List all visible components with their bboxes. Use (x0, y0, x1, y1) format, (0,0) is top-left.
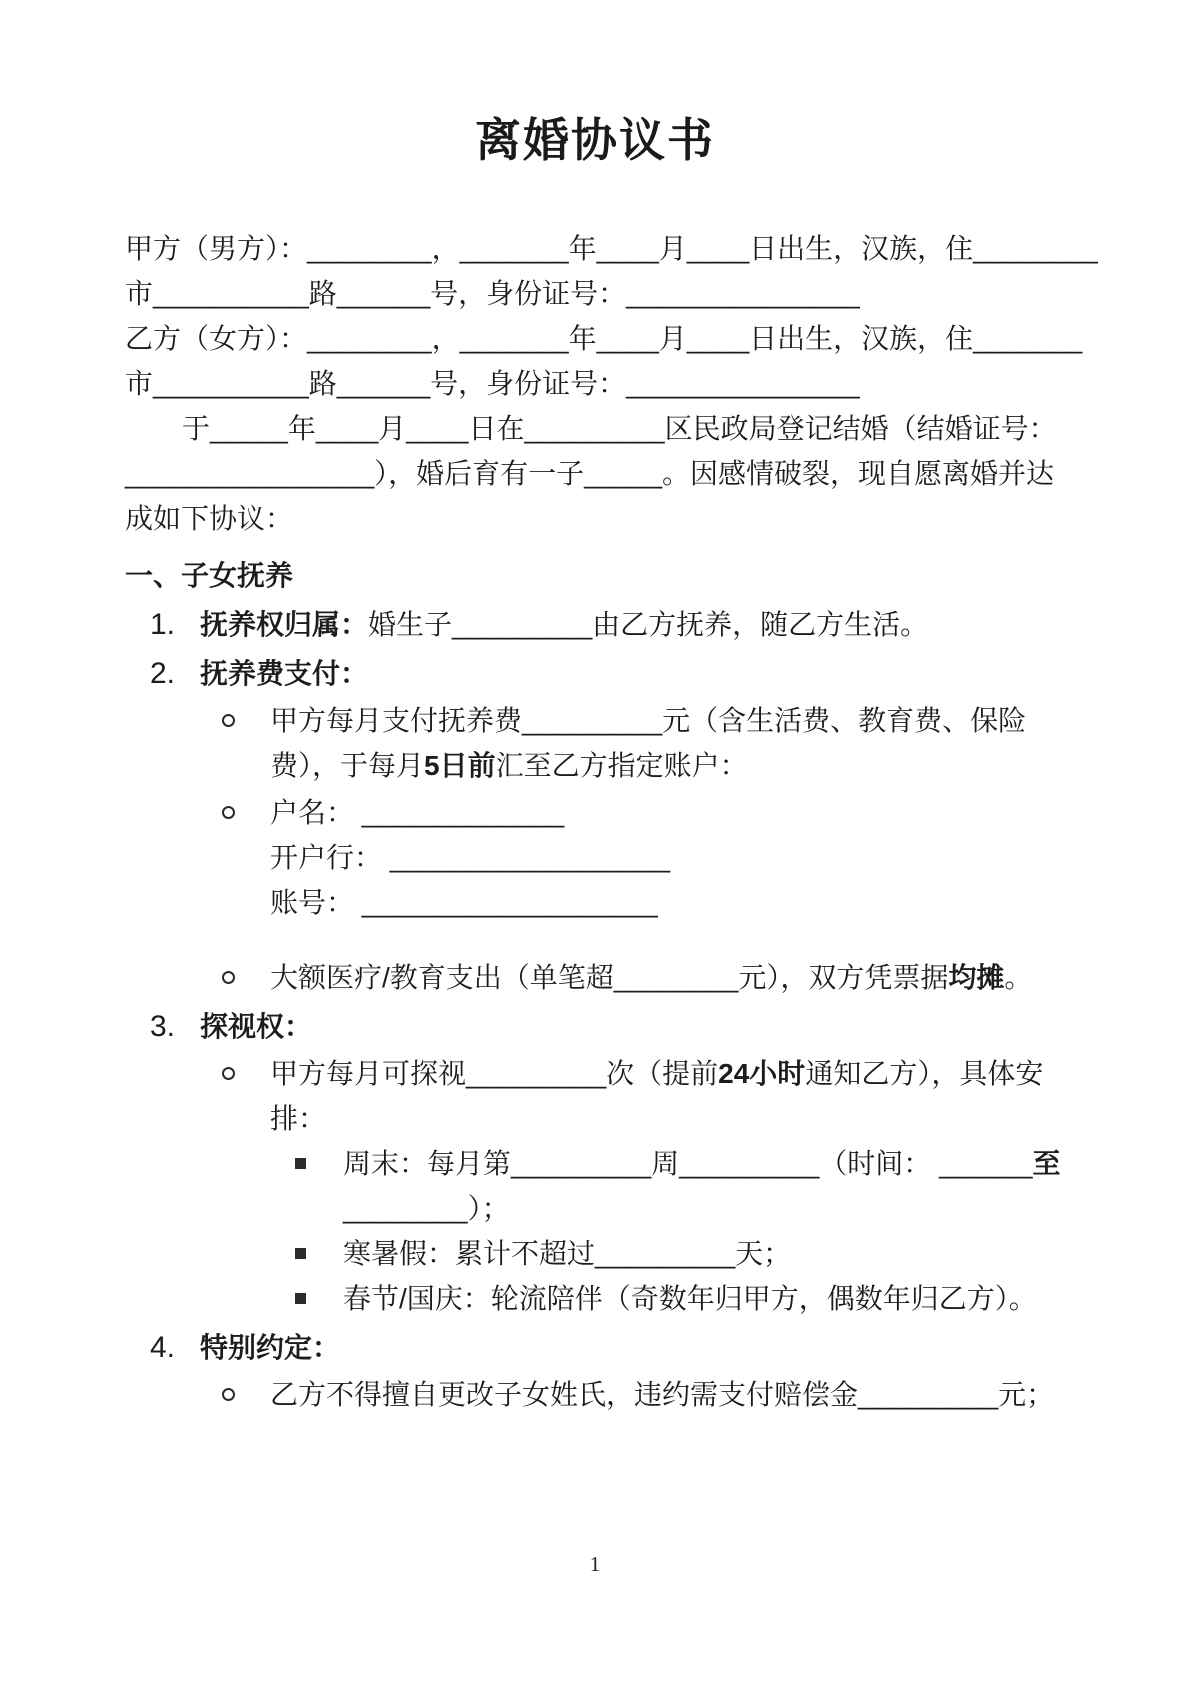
list-number: 2. (150, 651, 175, 696)
text-run: 。 (1004, 962, 1032, 993)
text-run: 至 (1033, 1148, 1061, 1179)
party-a-line-1: 甲方（男方）：________，_______年____月____日出生，汉族，… (125, 226, 1070, 271)
visitation-frequency-line-1: 甲方每月可探视_________次（提前24小时通知乙方），具体安 (125, 1051, 1070, 1096)
support-monthly-line-2: 费），于每月5日前汇至乙方指定账户： (125, 743, 1070, 788)
account-bank: 开户行： __________________ (125, 835, 1070, 880)
list-number: 3. (150, 1004, 175, 1049)
text-run: 汇至乙方指定账户： (496, 750, 748, 781)
square-bullet-icon (295, 1248, 306, 1259)
party-b-line-1: 乙方（女方）：________，_______年____月____日出生，汉族，… (125, 316, 1070, 361)
circle-bullet-icon (222, 1388, 235, 1401)
item-custody: 1.抚养权归属：婚生子_________由乙方抚养，随乙方生活。 (125, 602, 1070, 647)
text-run: 特别约定： (200, 1332, 340, 1363)
text-run: 抚养费支付： (200, 658, 368, 689)
text-run: 户名： _____________ (270, 797, 564, 828)
item-special: 4.特别约定： (125, 1325, 1070, 1370)
section-1-heading: 一、子女抚养 (125, 553, 1070, 598)
marriage-line-2: ________________），婚后育有一子_____。因感情破裂，现自愿离… (125, 451, 1070, 496)
document-page: 离婚协议书 甲方（男方）：________，_______年____月____日… (0, 0, 1190, 1684)
square-bullet-icon (295, 1158, 306, 1169)
circle-bullet-icon (222, 806, 235, 819)
text-run: 婚生子_________由乙方抚养，随乙方生活。 (368, 609, 928, 640)
party-b-line-2: 市__________路______号，身份证号：_______________ (125, 361, 1070, 406)
visitation-holiday: 春节/国庆：轮流陪伴（奇数年归甲方，偶数年归乙方）。 (125, 1276, 1070, 1321)
list-number: 4. (150, 1325, 175, 1370)
account-number: 账号： ___________________ (125, 880, 1070, 925)
text-run: 大额医疗/教育支出（单笔超________元），双方凭票据 (270, 962, 948, 993)
major-expense: 大额医疗/教育支出（单笔超________元），双方凭票据均摊。 (125, 955, 1070, 1000)
marriage-line-1: 于_____年____月____日在_________区民政局登记结婚（结婚证号… (125, 406, 1070, 451)
text-run: 甲方（男方）：________，_______年____月____日出生，汉族，… (125, 233, 1098, 264)
text-run: 均摊 (948, 962, 1004, 993)
party-a-line-2: 市__________路______号，身份证号：_______________ (125, 271, 1070, 316)
text-run: 一、子女抚养 (125, 560, 293, 591)
circle-bullet-icon (222, 714, 235, 727)
circle-bullet-icon (222, 1067, 235, 1080)
text-run: 成如下协议： (125, 503, 293, 534)
marriage-line-3: 成如下协议： (125, 496, 1070, 541)
item-visitation: 3.探视权： (125, 1004, 1070, 1049)
text-run: ________________），婚后育有一子_____。因感情破裂，现自愿离… (125, 458, 1054, 489)
text-run: 甲方每月支付抚养费_________元（含生活费、教育费、保险 (270, 705, 1026, 736)
text-run: 24小时 (718, 1058, 805, 1089)
list-number: 1. (150, 602, 175, 647)
document-title: 离婚协议书 (0, 110, 1190, 170)
text-run: 乙方不得擅自更改子女姓氏，违约需支付赔偿金_________元； (270, 1379, 1054, 1410)
text-run: 抚养权归属： (200, 609, 368, 640)
text-run: 账号： ___________________ (270, 887, 658, 918)
item-support: 2.抚养费支付： (125, 651, 1070, 696)
document-content: 甲方（男方）：________，_______年____月____日出生，汉族，… (125, 226, 1070, 1417)
page-number: 1 (0, 1552, 1190, 1577)
account-name: 户名： _____________ (125, 790, 1070, 835)
text-run: 市__________路______号，身份证号：_______________ (125, 278, 860, 309)
support-monthly-line-1: 甲方每月支付抚养费_________元（含生活费、教育费、保险 (125, 698, 1070, 743)
text-run: 乙方（女方）：________，_______年____月____日出生，汉族，… (125, 323, 1082, 354)
text-run: 费），于每月 (270, 750, 424, 781)
text-run: 于_____年____月____日在_________区民政局登记结婚（结婚证号… (182, 413, 1057, 444)
text-run: 排： (270, 1103, 326, 1134)
visitation-weekend-line-2: ________）； (125, 1186, 1070, 1231)
text-run: 寒暑假：累计不超过_________天； (343, 1238, 791, 1269)
text-run: 周末：每月第_________周_________（时间： ______ (343, 1148, 1033, 1179)
text-run: ________）； (343, 1193, 510, 1224)
text-run: 开户行： __________________ (270, 842, 670, 873)
text-run: 市__________路______号，身份证号：_______________ (125, 368, 860, 399)
circle-bullet-icon (222, 971, 235, 984)
text-run: 甲方每月可探视_________次（提前 (270, 1058, 718, 1089)
text-run: 5日前 (424, 750, 496, 781)
text-run: 探视权： (200, 1011, 312, 1042)
text-run: 通知乙方），具体安 (805, 1058, 1043, 1089)
special-surname: 乙方不得擅自更改子女姓氏，违约需支付赔偿金_________元； (125, 1372, 1070, 1417)
document-body: 甲方（男方）：________，_______年____月____日出生，汉族，… (125, 226, 1070, 1417)
visitation-weekend-line-1: 周末：每月第_________周_________（时间： ______至 (125, 1141, 1070, 1186)
visitation-vacation: 寒暑假：累计不超过_________天； (125, 1231, 1070, 1276)
visitation-frequency-line-2: 排： (125, 1096, 1070, 1141)
square-bullet-icon (295, 1293, 306, 1304)
text-run: 春节/国庆：轮流陪伴（奇数年归甲方，偶数年归乙方）。 (343, 1283, 1037, 1314)
